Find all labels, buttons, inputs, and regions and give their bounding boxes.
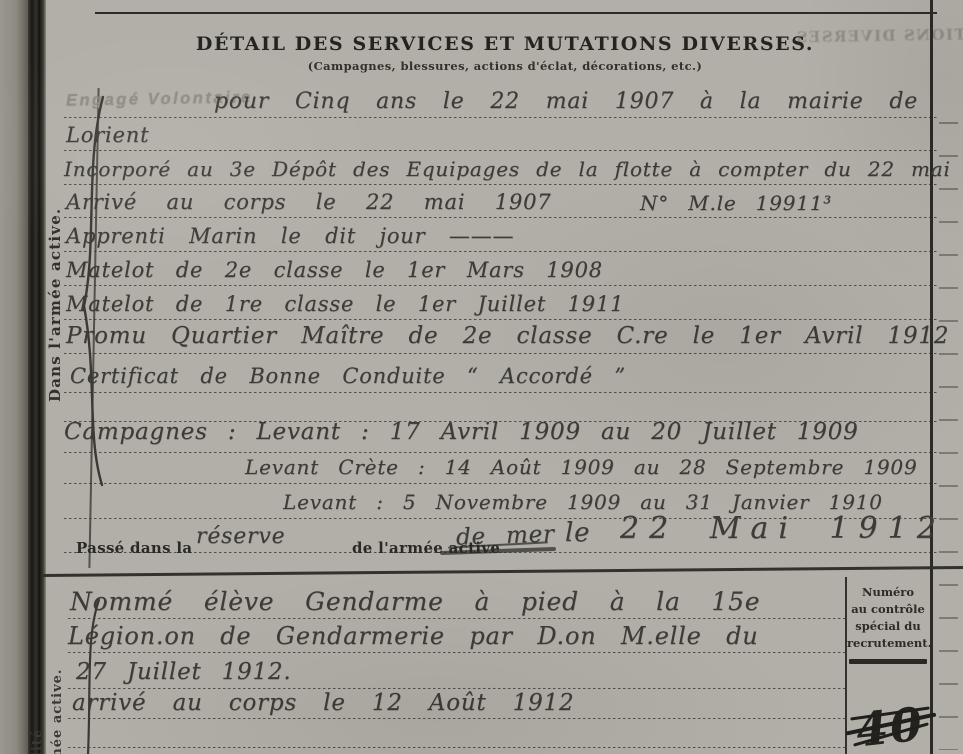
margin-label-fragment: mée active. bbox=[50, 669, 65, 754]
binding-edge-dark-rule bbox=[28, 0, 46, 754]
transfer-written-blank: réserve bbox=[196, 524, 285, 549]
ruled-line bbox=[64, 483, 937, 485]
ruled-line bbox=[64, 392, 937, 394]
ruled-line bbox=[64, 217, 937, 219]
handwritten-entry: Campagnes : Levant : 17 Avril 1909 au 20… bbox=[64, 419, 859, 445]
handwritten-entry: Lorient bbox=[66, 123, 149, 147]
control-box-title: Numéro au contrôle spécial du recrutemen… bbox=[847, 584, 929, 652]
binding-edge bbox=[0, 0, 30, 754]
handwritten-entry: Nommé élève Gendarme à pied à la 15e bbox=[70, 587, 760, 616]
margin-label-fragment: lité bbox=[30, 729, 45, 754]
ruled-line bbox=[68, 747, 846, 749]
handwritten-entry: Apprenti Marin le dit jour ——— bbox=[66, 224, 514, 248]
handwritten-entry: Certificat de Bonne Conduite “ Accordé ” bbox=[70, 364, 626, 388]
page-subtitle: (Campagnes, blessures, actions d'éclat, … bbox=[110, 59, 900, 73]
handwritten-entry: Matelot de 2e classe le 1er Mars 1908 bbox=[66, 258, 603, 282]
handwritten-entry: Arrivé au corps le 22 mai 1907 bbox=[66, 190, 551, 214]
control-box-thick-rule bbox=[849, 659, 927, 664]
ruled-line bbox=[64, 285, 937, 287]
active-army-margin-label: Dans l'armée active. bbox=[46, 208, 64, 402]
ruled-line bbox=[68, 652, 846, 654]
transfer-written-le: le bbox=[565, 518, 590, 548]
matricule-note: N° M.le 19911³ bbox=[640, 191, 832, 215]
ruled-line bbox=[64, 251, 937, 253]
transfer-written-date: 22 Mai 1912 bbox=[620, 511, 946, 546]
handwritten-entry: arrivé au corps le 12 Août 1912 bbox=[72, 690, 574, 716]
ruled-line bbox=[64, 184, 937, 186]
service-record-page: ATIONS DIVERSES DÉTAIL DES SERVICES ET M… bbox=[0, 0, 963, 754]
ruled-line bbox=[64, 452, 937, 454]
section-divider bbox=[42, 566, 963, 577]
control-box-title-line: au contrôle bbox=[847, 601, 929, 618]
control-box-title-line: Numéro bbox=[847, 584, 929, 601]
handwritten-entry: Promu Quartier Maître de 2e classe C.re … bbox=[66, 323, 949, 349]
handwritten-entry: Légion.on de Gendarmerie par D.on M.elle… bbox=[68, 622, 759, 650]
adjacent-column-dashes bbox=[939, 122, 958, 750]
handwritten-entry: Levant Crète : 14 Août 1909 au 28 Septem… bbox=[245, 455, 917, 479]
ruled-line bbox=[64, 150, 937, 152]
transfer-printed-prefix: Passé dans la bbox=[76, 539, 192, 557]
page-title: DÉTAIL DES SERVICES ET MUTATIONS DIVERSE… bbox=[110, 33, 900, 55]
ruled-line bbox=[68, 718, 846, 720]
control-box-title-line: spécial du bbox=[847, 618, 929, 635]
handwritten-entry: Incorporé au 3e Dépôt des Equipages de l… bbox=[64, 157, 963, 181]
handwritten-entry: pour Cinq ans le 22 mai 1907 à la mairie… bbox=[214, 89, 918, 114]
control-box-title-line: recrutement. bbox=[847, 635, 929, 652]
ruled-line bbox=[64, 117, 937, 119]
handwritten-entry: Matelot de 1re classe le 1er Juillet 191… bbox=[66, 292, 624, 316]
ruled-line bbox=[68, 618, 846, 620]
ruled-line bbox=[64, 319, 937, 321]
ruled-line bbox=[64, 353, 937, 355]
top-rule bbox=[95, 12, 937, 14]
handwritten-entry: 27 Juillet 1912. bbox=[76, 659, 292, 685]
